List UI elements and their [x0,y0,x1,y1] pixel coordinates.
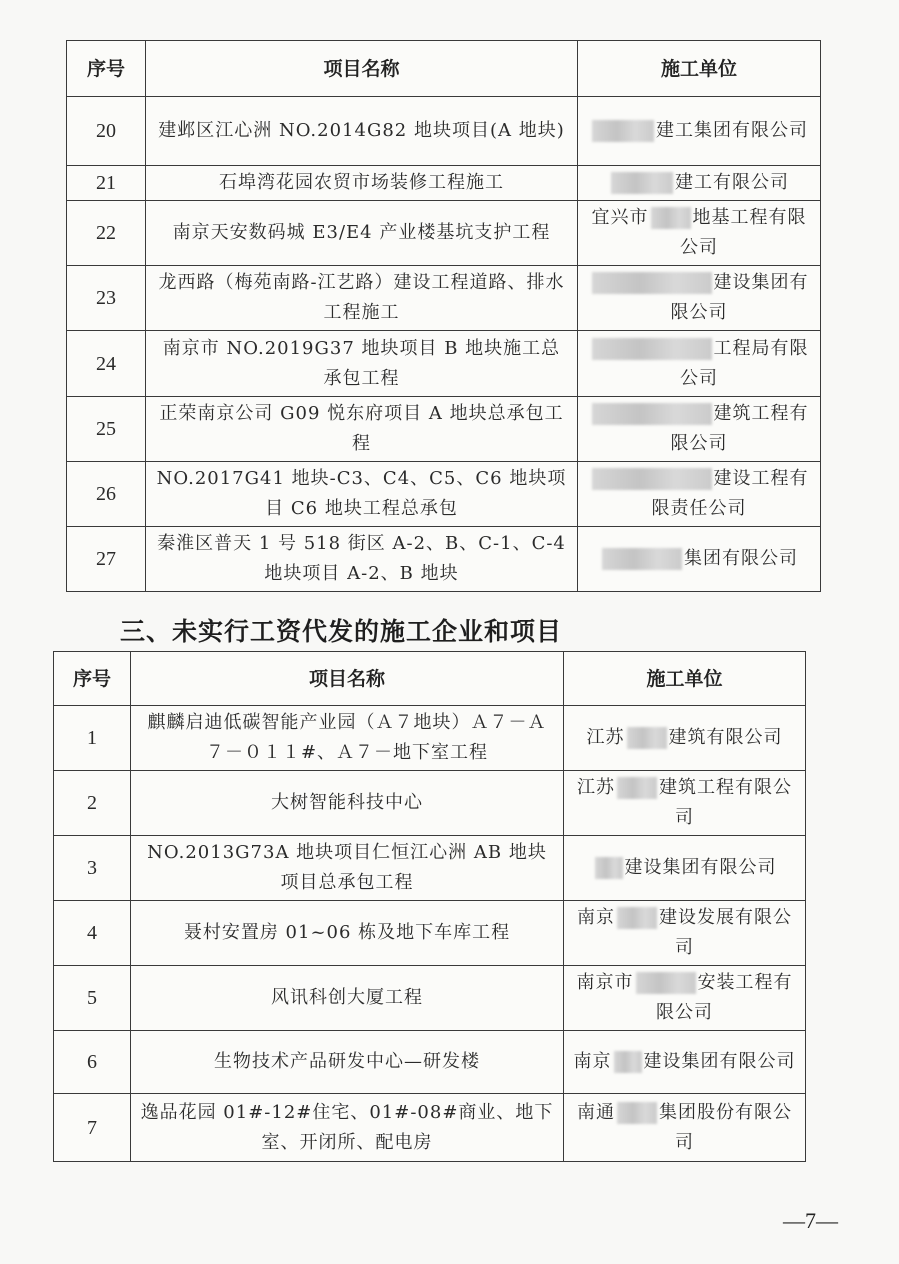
project-name: 正荣南京公司 G09 悦东府项目 A 地块总承包工程 [146,397,578,462]
contractor-suffix: 建筑有限公司 [669,727,783,748]
header-project-name: 项目名称 [146,41,578,97]
serial-no: 24 [67,331,146,397]
project-name: 南京天安数码城 E3/E4 产业楼基坑支护工程 [146,201,578,266]
project-name: 建邺区江心洲 NO.2014G82 地块项目(A 地块) [146,97,578,166]
contractor-name: 建工集团有限公司 [578,97,821,166]
redacted-name-block [617,907,657,929]
project-name: 南京市 NO.2019G37 地块项目 B 地块施工总承包工程 [146,331,578,397]
project-name: NO.2017G41 地块-C3、C4、C5、C6 地块项目 C6 地块工程总承… [146,462,578,527]
serial-no: 3 [54,836,131,901]
serial-no: 27 [67,527,146,592]
contractor-name: 南京建设集团有限公司 [564,1031,806,1094]
contractor-name: 南京市安装工程有限公司 [564,966,806,1031]
contractor-prefix: 南京市 [577,972,634,993]
table-row: 26NO.2017G41 地块-C3、C4、C5、C6 地块项目 C6 地块工程… [67,462,821,527]
contractor-suffix: 建设发展有限公司 [659,907,792,958]
redacted-name-block [592,120,654,142]
table-row: 27秦淮区普天 1 号 518 街区 A-2、B、C-1、C-4 地块项目 A-… [67,527,821,592]
serial-no: 25 [67,397,146,462]
table-row: 1麒麟启迪低碳智能产业园（Ａ７地块）Ａ７－Ａ７－０１１#、Ａ７－地下室工程江苏建… [54,706,806,771]
redacted-name-block [614,1051,642,1073]
redacted-name-block [592,272,712,294]
project-name: 石埠湾花园农贸市场装修工程施工 [146,166,578,201]
contractor-name: 南通集团股份有限公司 [564,1094,806,1162]
project-name: 秦淮区普天 1 号 518 街区 A-2、B、C-1、C-4 地块项目 A-2、… [146,527,578,592]
redacted-name-block [617,777,657,799]
header-serial-no: 序号 [54,652,131,706]
project-name: 逸品花园 01#-12#住宅、01#-08#商业、地下室、开闭所、配电房 [131,1094,564,1162]
contractor-name: 集团有限公司 [578,527,821,592]
project-name: 聂村安置房 01~06 栋及地下车库工程 [131,901,564,966]
contractor-suffix: 建设集团有限公司 [625,857,777,878]
table-row: 5风讯科创大厦工程南京市安装工程有限公司 [54,966,806,1031]
contractor-prefix: 南京 [577,907,615,928]
table-row: 23龙西路（梅苑南路-江艺路）建设工程道路、排水工程施工建设集团有限公司 [67,266,821,331]
redacted-name-block [627,727,667,749]
redacted-name-block [592,403,712,425]
serial-no: 26 [67,462,146,527]
contractor-prefix: 宜兴市 [592,207,649,228]
table-header-row: 序号 项目名称 施工单位 [54,652,806,706]
serial-no: 6 [54,1031,131,1094]
contractor-name: 建设集团有限公司 [578,266,821,331]
project-name: 生物技术产品研发中心—研发楼 [131,1031,564,1094]
redacted-name-block [611,172,673,194]
header-project-name: 项目名称 [131,652,564,706]
redacted-name-block [651,207,691,229]
table-row: 24南京市 NO.2019G37 地块项目 B 地块施工总承包工程工程局有限公司 [67,331,821,397]
contractor-suffix: 建筑工程有限公司 [659,777,792,828]
contractor-suffix: 建工有限公司 [675,172,789,193]
contractor-suffix: 建设集团有限公司 [644,1051,796,1072]
contractor-suffix: 集团股份有限公司 [659,1102,792,1153]
table-row: 3NO.2013G73A 地块项目仁恒江心洲 AB 地块项目总承包工程建设集团有… [54,836,806,901]
project-name: 风讯科创大厦工程 [131,966,564,1031]
table-row: 21石埠湾花园农贸市场装修工程施工建工有限公司 [67,166,821,201]
redacted-name-block [595,857,623,879]
page-number: —7— [783,1208,838,1234]
contractor-name: 江苏建筑有限公司 [564,706,806,771]
table-row: 25正荣南京公司 G09 悦东府项目 A 地块总承包工程建筑工程有限公司 [67,397,821,462]
project-name: 麒麟启迪低碳智能产业园（Ａ７地块）Ａ７－Ａ７－０１１#、Ａ７－地下室工程 [131,706,564,771]
serial-no: 21 [67,166,146,201]
serial-no: 20 [67,97,146,166]
contractor-suffix: 集团有限公司 [684,548,798,569]
header-contractor: 施工单位 [564,652,806,706]
contractor-name: 工程局有限公司 [578,331,821,397]
contractor-prefix: 江苏 [577,777,615,798]
section-heading: 三、未实行工资代发的施工企业和项目 [120,612,562,648]
table-row: 2大树智能科技中心江苏建筑工程有限公司 [54,771,806,836]
table-row: 22南京天安数码城 E3/E4 产业楼基坑支护工程宜兴市地基工程有限公司 [67,201,821,266]
contractor-name: 建设集团有限公司 [564,836,806,901]
contractor-name: 建工有限公司 [578,166,821,201]
contractor-name: 建设工程有限责任公司 [578,462,821,527]
redacted-name-block [602,548,682,570]
serial-no: 5 [54,966,131,1031]
serial-no: 2 [54,771,131,836]
redacted-name-block [592,338,712,360]
serial-no: 4 [54,901,131,966]
serial-no: 23 [67,266,146,331]
header-serial-no: 序号 [67,41,146,97]
contractor-table-continued: 序号 项目名称 施工单位 20建邺区江心洲 NO.2014G82 地块项目(A … [66,40,821,592]
no-wage-agency-table: 序号 项目名称 施工单位 1麒麟启迪低碳智能产业园（Ａ７地块）Ａ７－Ａ７－０１１… [53,651,806,1162]
redacted-name-block [617,1102,657,1124]
contractor-prefix: 南通 [577,1102,615,1123]
contractor-suffix: 建工集团有限公司 [656,120,808,141]
project-name: NO.2013G73A 地块项目仁恒江心洲 AB 地块项目总承包工程 [131,836,564,901]
contractor-prefix: 南京 [574,1051,612,1072]
table-row: 20建邺区江心洲 NO.2014G82 地块项目(A 地块)建工集团有限公司 [67,97,821,166]
contractor-name: 宜兴市地基工程有限公司 [578,201,821,266]
redacted-name-block [592,468,712,490]
table-row: 7逸品花园 01#-12#住宅、01#-08#商业、地下室、开闭所、配电房南通集… [54,1094,806,1162]
project-name: 大树智能科技中心 [131,771,564,836]
contractor-name: 南京建设发展有限公司 [564,901,806,966]
redacted-name-block [636,972,696,994]
header-contractor: 施工单位 [578,41,821,97]
serial-no: 7 [54,1094,131,1162]
serial-no: 22 [67,201,146,266]
project-name: 龙西路（梅苑南路-江艺路）建设工程道路、排水工程施工 [146,266,578,331]
contractor-suffix: 地基工程有限公司 [680,207,807,258]
contractor-name: 江苏建筑工程有限公司 [564,771,806,836]
table-row: 6生物技术产品研发中心—研发楼南京建设集团有限公司 [54,1031,806,1094]
table-row: 4聂村安置房 01~06 栋及地下车库工程南京建设发展有限公司 [54,901,806,966]
serial-no: 1 [54,706,131,771]
table-header-row: 序号 项目名称 施工单位 [67,41,821,97]
contractor-name: 建筑工程有限公司 [578,397,821,462]
contractor-prefix: 江苏 [587,727,625,748]
